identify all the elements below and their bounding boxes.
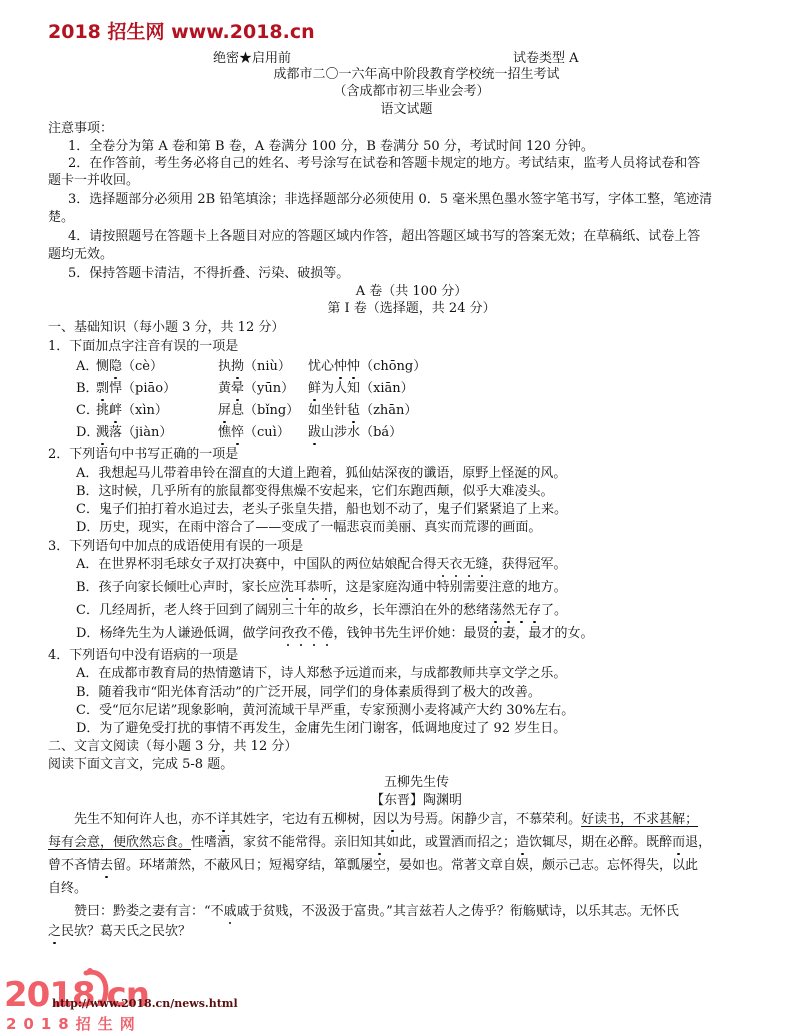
passage-title: 五柳先生传 [0, 774, 793, 791]
text: 退， [685, 835, 711, 850]
exam-subtitle: （含成都市初三毕业会考） [0, 83, 793, 100]
pinyin: （bá） [360, 425, 402, 440]
part1-title: 第 I 卷（选择题，共 24 分） [0, 300, 793, 317]
dotted-char: 悴 [231, 424, 244, 441]
underlined-text: 每有会意，便欣然忘食。 [48, 835, 191, 850]
q3-option-c: C．几经周折，老人终于回到了阔别三十年的故乡，长年漂泊在外的愁绪荡然无存了。 [76, 602, 567, 619]
option-label: D． [76, 424, 96, 441]
option-text: 在世界杯羽毛球女子双打决赛中，中国队的两位姑娘配合得 [98, 557, 436, 572]
q2-option-a: A．我想起马儿带着串铃在溜直的大道上跑着，狐仙姑深夜的谶语，原野上怪涎的风。 [76, 465, 566, 482]
dotted-char: 恭 [307, 579, 320, 596]
dotted-char: 拗 [231, 358, 244, 375]
passage-line: 之民欤？葛天氏之民欤？ [48, 923, 191, 940]
option-text: ，这是家庭沟通中特别需要注意的地方。 [333, 580, 567, 595]
dotted-char: 隐 [109, 358, 122, 375]
q2-option-b: B．这时候，几乎所有的旅鼠都变得焦燥不安起来，它们东跑西颠，似乎大难凌头。 [76, 483, 554, 500]
notes-heading: 注意事项： [48, 120, 113, 137]
paper-type: 试卷类型 A [513, 50, 579, 67]
word-char: 涉 [334, 425, 347, 440]
dotted-idiom: 洗耳恭听 [281, 580, 333, 595]
word-char: 挑 [96, 403, 109, 418]
pinyin: （zhān） [360, 403, 417, 418]
dotted-idiom: 孜孜不倦 [281, 626, 333, 641]
dotted-char: 鲜 [308, 380, 321, 397]
text: 赞曰：黔娄之妻有言：“不 [74, 904, 224, 919]
dotted-char: 不 [307, 625, 320, 642]
option-label: A． [76, 358, 96, 375]
option-text: ，钱钟书先生评价她：最贤的妻，最才的女。 [334, 626, 594, 641]
word-char: 如 [308, 403, 321, 418]
dotted-char: 之 [48, 923, 61, 940]
dotted-char: 衅 [109, 402, 122, 419]
option-text: ，获得冠军。 [488, 557, 566, 572]
option-text: 杨绛先生为人谦逊低调，做学问 [99, 626, 281, 641]
dotted-char: 剽 [96, 380, 109, 397]
word-char: 人 [334, 381, 347, 396]
dotted-char: 造 [516, 834, 529, 851]
q1-stem: 1．下面加点字注音有误的一项是 [48, 338, 238, 355]
text: 曾不吝情 [48, 858, 100, 873]
dotted-char: 毡 [347, 402, 360, 419]
passage-line: 自终。 [48, 880, 87, 897]
text: 性嗜酒，家贫不能常得。亲旧知 [191, 835, 373, 850]
q2-stem: 2．下列语句中书写正确的一项是 [48, 446, 238, 463]
q1-option-b: B．剽悍（piāo）黄晕（yūn）鲜为人知（xiān） [76, 380, 414, 397]
dotted-char: 溅 [96, 424, 109, 441]
dotted-char: 孜 [294, 625, 307, 642]
note-item: 5．保持答题卡清洁，不得折叠、污染、破损等。 [68, 265, 349, 282]
dotted-char: 缝 [475, 556, 488, 573]
site-title: 2018 招生网 www.2018.cn [48, 17, 315, 44]
q2-option-c: C．鬼子们拍打着水追过去，老头子张皇失措，船也划不动了，鬼子们紧紧追了上来。 [76, 501, 567, 518]
dotted-char: 忡 [334, 358, 347, 375]
word-char: 息 [231, 403, 244, 418]
option-label: B． [76, 380, 96, 397]
option-label: A． [76, 557, 98, 572]
pinyin: （yūn） [244, 381, 294, 396]
word-char: 水 [347, 425, 360, 440]
pinyin: （piāo） [122, 381, 176, 396]
q4-option-c: C．受“厄尔尼诺”现象影响，黄河流域干旱严重，专家预测小麦将减产大约 30%左右… [76, 702, 574, 719]
text: 民欤？葛天氏之民欤？ [61, 924, 191, 939]
note-item: 1．全卷分为第 A 卷和第 B 卷，A 卷满分 100 分，B 卷满分 50 分… [68, 138, 594, 155]
word-char: 为 [321, 381, 334, 396]
passage-line: 每有会意，便欣然忘食。性嗜酒，家贫不能常得。亲旧知其如此，或置酒而招之；造饮辄尽… [48, 834, 711, 851]
dotted-char: 详 [217, 811, 230, 828]
q1-option-c: C．挑衅（xìn）屏息（bǐng）如坐针毡（zhān） [76, 402, 417, 419]
dotted-char: 其 [373, 834, 386, 851]
watermark-logo: 2018.cn 2018招生网 http://www.2018.cn/news.… [4, 975, 164, 1033]
option-text: 孩子向家长倾吐心声时，家长应 [99, 580, 281, 595]
text: 为号焉。闲静少言，不慕荣利。 [399, 812, 581, 827]
note-item: 3．选择题部分必须用 2B 铅笔填涂；非选择题部分必须使用 0．5 毫米黑色墨水… [68, 191, 712, 208]
option-label: B． [76, 580, 99, 595]
dotted-char: 听 [320, 579, 333, 596]
word-char: 憔 [218, 425, 231, 440]
dotted-char: 天 [436, 556, 449, 573]
secret-label: 绝密★启用前 [213, 50, 291, 67]
text: 留。环堵萧然，不蔽风日；短褐穿结，箪瓢屡空，晏如也。常著文章自娱，颇示己志。忘怀… [113, 858, 698, 873]
text: 饮辄尽，期在必醉。既醉 [529, 835, 672, 850]
dotted-char: 而 [672, 834, 685, 851]
text: 如此，或置酒而招之； [386, 835, 516, 850]
watermark-url[interactable]: http://www.2018.cn/news.html [52, 997, 238, 1010]
text: 先生不知何许人也，亦不 [74, 812, 217, 827]
dotted-char: 去 [100, 857, 113, 874]
pinyin: （niù） [244, 359, 291, 374]
dotted-char: 洗 [281, 579, 294, 596]
section2-heading: 二、文言文阅读（每小题 3 分，共 12 分） [48, 738, 297, 755]
word-char: 山 [321, 425, 334, 440]
text: 其姓字，宅边有五柳树，因 [230, 812, 386, 827]
option-label: C． [76, 603, 99, 618]
passage-line: 曾不吝情去留。环堵萧然，不蔽风日；短褐穿结，箪瓢屡空，晏如也。常著文章自娱，颇示… [48, 857, 698, 874]
section-a-title: A 卷（共 100 分） [0, 283, 793, 300]
pinyin: （xìn） [122, 403, 168, 418]
q4-option-d: D．为了避免受打扰的事情不再发生，金庸先生闭门谢客，低调地度过了 92 岁生日。 [76, 720, 566, 737]
dotted-char: 以 [386, 811, 399, 828]
section2-instruction: 阅读下面文言文，完成 5-8 题。 [48, 756, 233, 773]
note-item: 题卡一并收回。 [48, 172, 139, 189]
q4-option-b: B．随着我市“阳光体育活动”的广泛开展，同学们的身体素质得到了极大的改善。 [76, 684, 541, 701]
option-label: D． [76, 626, 99, 641]
word-char: 执 [218, 359, 231, 374]
pinyin: （bǐng） [244, 403, 299, 418]
q3-stem: 3．下列语句中加点的成语使用有误的一项是 [48, 538, 303, 555]
q4-option-a: A．在成都市教育局的热情邀请下，诗人郑愁予远道而来，与成都教师共享文学之乐。 [76, 665, 566, 682]
passage-line: 赞曰：黔娄之妻有言：“不戚戚于贫贱，不汲汲于富贵。”其言兹若人之俦乎？衔觞赋诗，… [74, 903, 679, 920]
q2-option-d: D．历史，现实，在雨中溶合了——变成了一幅悲哀而美丽、真实而荒谬的画面。 [76, 519, 541, 536]
underlined-text: 好读书，不求甚解； [581, 812, 698, 827]
dotted-idiom: 荡然无存 [489, 603, 541, 618]
dotted-char: 戚 [224, 903, 237, 920]
pinyin: （cè） [122, 359, 163, 374]
q1-option-a: A．恻隐（cè）执拗（niù）忧心忡忡（chōng） [76, 358, 426, 375]
q3-option-a: A．在世界杯羽毛球女子双打决赛中，中国队的两位姑娘配合得天衣无缝，获得冠军。 [76, 556, 566, 573]
dotted-char: 无 [515, 602, 528, 619]
pinyin: （jiàn） [122, 425, 172, 440]
dotted-char: 孜 [281, 625, 294, 642]
option-label: C． [76, 402, 96, 419]
note-item: 4．请按照题号在答题卡上各题目对应的答题区域内作答，超出答题区域书写的答案无效；… [68, 228, 700, 245]
dotted-char: 屏 [218, 402, 231, 419]
dotted-char: 然 [502, 602, 515, 619]
word-char: 黄 [218, 381, 231, 396]
word-char: 悍 [109, 381, 122, 396]
subject-title: 语文试题 [0, 101, 793, 118]
word-char: 知 [347, 381, 360, 396]
pinyin: （chōng） [360, 359, 426, 374]
q3-option-b: B．孩子向家长倾吐心声时，家长应洗耳恭听，这是家庭沟通中特别需要注意的地方。 [76, 579, 567, 596]
exam-title: 成都市二〇一六年高中阶段教育学校统一招生考试 [0, 66, 793, 83]
dotted-char: 晕 [231, 380, 244, 397]
option-text: 几经周折，老人终于回到了阔别三十年的故乡，长年漂泊在外的愁绪 [99, 603, 489, 618]
dotted-char: 无 [462, 556, 475, 573]
pinyin: （xiān） [360, 381, 414, 396]
dotted-char: 存 [528, 602, 541, 619]
note-item: 题均无效。 [48, 246, 113, 263]
passage-author: 【东晋】陶渊明 [0, 792, 793, 809]
note-item: 楚。 [48, 209, 74, 226]
dotted-char: 忡 [347, 358, 360, 375]
q4-stem: 4．下列语句中没有语病的一项是 [48, 647, 238, 664]
part1-heading: 一、基础知识（每小题 3 分，共 12 分） [48, 319, 284, 336]
dotted-char: 跋 [308, 424, 321, 441]
q1-option-d: D．溅落（jiàn）憔悴（cuì）跋山涉水（bá） [76, 424, 402, 441]
word-char: 落 [109, 425, 122, 440]
word-char: 针 [334, 403, 347, 418]
word-char: 心 [321, 359, 334, 374]
word-char: 恻 [96, 359, 109, 374]
dotted-char: 耳 [294, 579, 307, 596]
dotted-char: 倦 [321, 625, 334, 642]
word-char: 坐 [321, 403, 334, 418]
pinyin: （cuì） [244, 425, 290, 440]
passage-line: 先生不知何许人也，亦不详其姓字，宅边有五柳树，因以为号焉。闲静少言，不慕荣利。好… [74, 811, 698, 828]
watermark-logo-subtext: 2018招生网 [6, 1013, 142, 1034]
dotted-char: 衣 [449, 556, 462, 573]
dotted-char: 荡 [489, 602, 502, 619]
option-text: 了。 [541, 603, 567, 618]
text: 戚于贫贱，不汲汲于富贵。”其言兹若人之俦乎？衔觞赋诗，以乐其志。无怀氏 [237, 904, 679, 919]
q3-option-d: D．杨绛先生为人谦逊低调，做学问孜孜不倦，钱钟书先生评价她：最贤的妻，最才的女。 [76, 625, 594, 642]
note-item: 2．在作答前，考生务必将自己的姓名、考号涂写在试卷和答题卡规定的地方。考试结束，… [68, 155, 700, 172]
dotted-idiom: 天衣无缝 [436, 557, 488, 572]
word-char: 忧 [308, 359, 321, 374]
